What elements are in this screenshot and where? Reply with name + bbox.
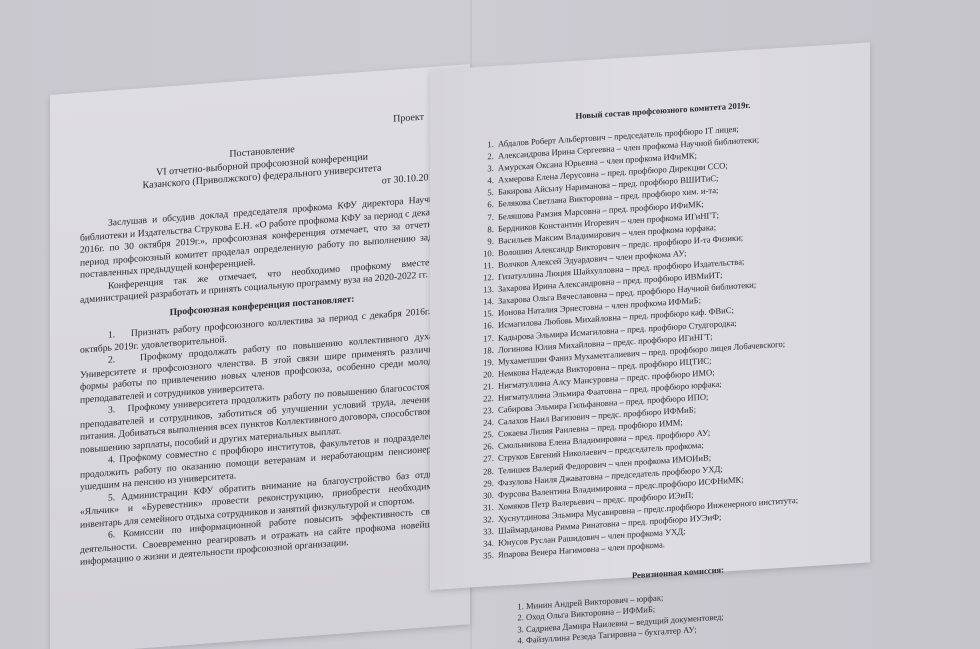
resolution-page: Проект Постановление VI отчетно-выборной…: [50, 64, 470, 649]
committee-members-list: Абдалов Роберт Альбертович – председател…: [476, 116, 850, 563]
committee-page: Новый состав профсоюзного комитета 2019г…: [430, 42, 870, 590]
